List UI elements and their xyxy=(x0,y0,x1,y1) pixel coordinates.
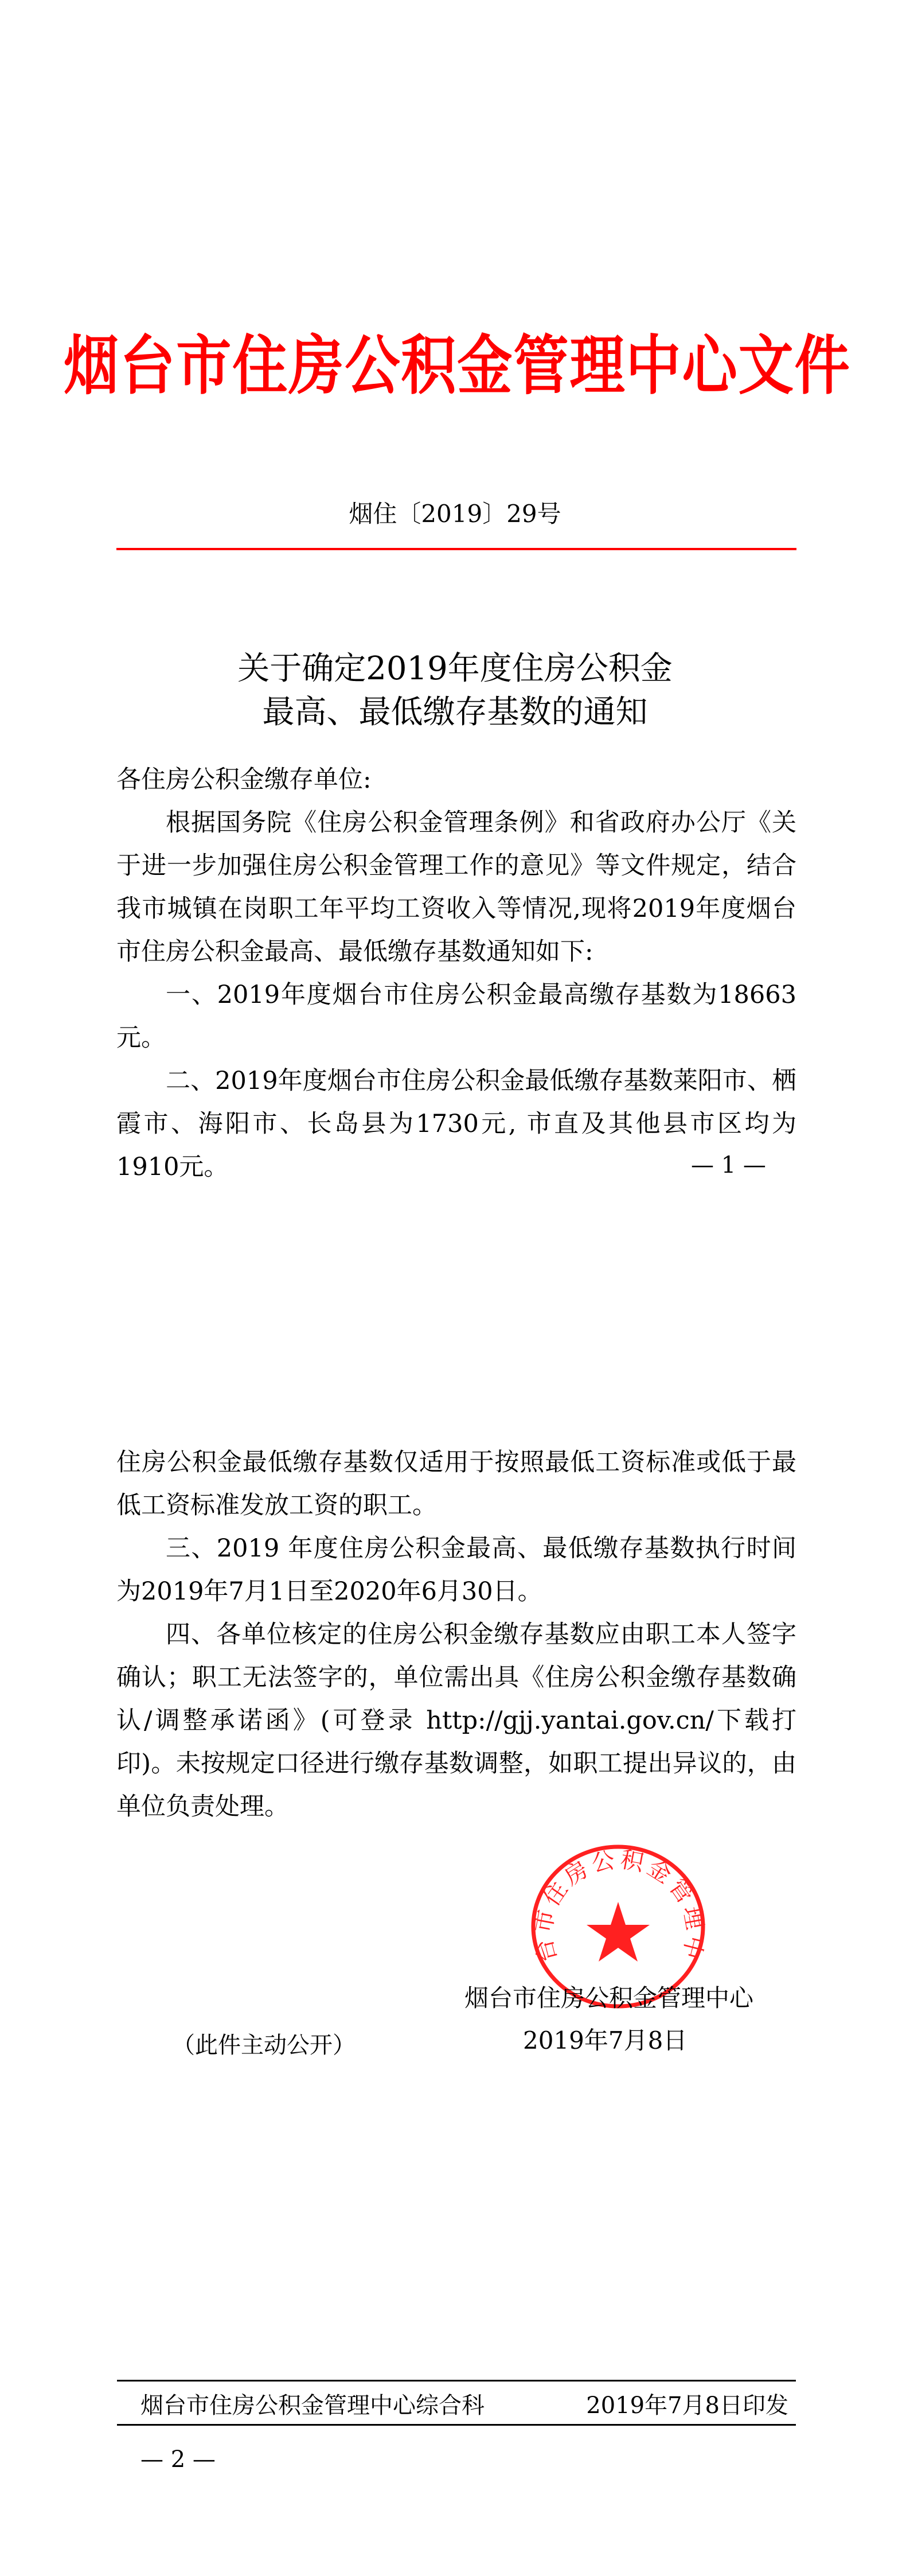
paragraph-item-4: 四、各单位核定的住房公积金缴存基数应由职工本人签字确认；职工无法签字的，单位需出… xyxy=(116,1613,796,1828)
notice-title-line-2: 最高、最低缴存基数的通知 xyxy=(0,691,910,734)
page2-body: 住房公积金最低缴存基数仅适用于按照最低工资标准或低于最低工资标准发放工资的职工。… xyxy=(116,1441,796,1828)
footer-row: 烟台市住房公积金管理中心综合科 2019年7月8日印发 xyxy=(140,2390,788,2422)
paragraph-continued: 住房公积金最低缴存基数仅适用于按照最低工资标准或低于最低工资标准发放工资的职工。 xyxy=(116,1441,796,1527)
signature-organization: 烟台市住房公积金管理中心 xyxy=(464,1978,753,2018)
disclosure-note: （此件主动公开） xyxy=(172,2025,356,2065)
red-divider xyxy=(116,548,796,550)
issuer-title: 烟台市住房公积金管理中心文件 xyxy=(64,314,846,418)
signature-date: 2019年7月8日 xyxy=(523,2021,687,2061)
notice-title: 关于确定2019年度住房公积金 最高、最低缴存基数的通知 xyxy=(0,647,910,734)
footer-top-rule xyxy=(117,2380,796,2382)
notice-title-line-1: 关于确定2019年度住房公积金 xyxy=(0,647,910,691)
page-number-2: — 2 — xyxy=(140,2445,216,2474)
salutation: 各住房公积金缴存单位: xyxy=(116,758,796,801)
footer-bottom-rule xyxy=(117,2424,796,2426)
star-icon xyxy=(587,1902,650,1962)
paragraph-intro: 根据国务院《住房公积金管理条例》和省政府办公厅《关于进一步加强住房公积金管理工作… xyxy=(116,801,796,974)
page-number-1: — 1 — xyxy=(691,1151,766,1180)
document-number: 烟住〔2019〕29号 xyxy=(0,497,910,531)
paragraph-item-1: 一、2019年度烟台市住房公积金最高缴存基数为18663元。 xyxy=(116,974,796,1060)
print-date: 2019年7月8日印发 xyxy=(586,2390,788,2422)
paragraph-item-3: 三、2019 年度住房公积金最高、最低缴存基数执行时间为2019年7月1日至20… xyxy=(116,1527,796,1613)
page1-body: 各住房公积金缴存单位: 根据国务院《住房公积金管理条例》和省政府办公厅《关于进一… xyxy=(116,758,796,1189)
issuing-department: 烟台市住房公积金管理中心综合科 xyxy=(140,2390,485,2422)
